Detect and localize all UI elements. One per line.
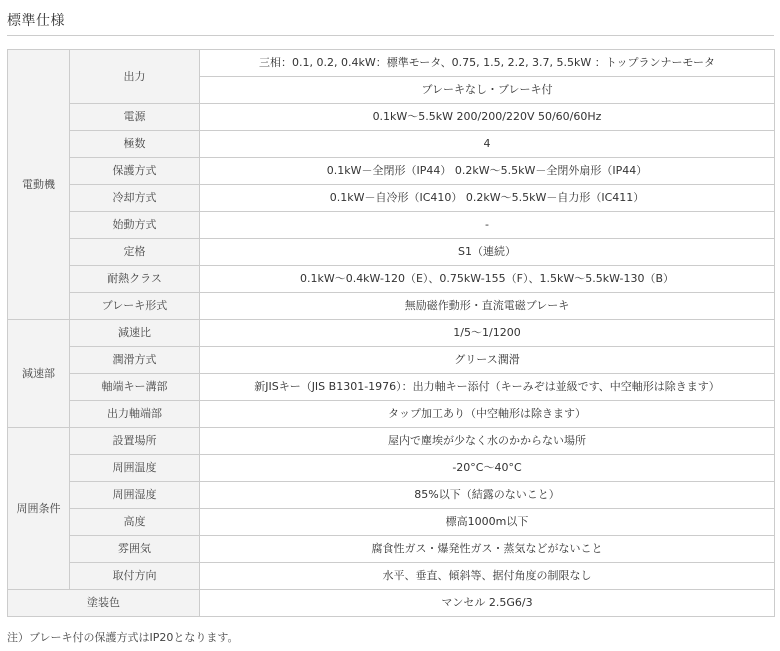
- row-label: 冷却方式: [70, 185, 200, 212]
- table-row: 潤滑方式 グリース潤滑: [8, 347, 775, 374]
- spec-table: 電動機 出力 三相：0.1, 0.2, 0.4kW：標準モータ、0.75, 1.…: [7, 49, 775, 617]
- row-value: 無励磁作動形・直流電磁ブレーキ: [200, 293, 775, 320]
- table-row: 軸端キー溝部 新JISキー（JIS B1301-1976）：出力軸キー添付（キー…: [8, 374, 775, 401]
- row-value-paint-color: マンセル 2.5G6/3: [200, 590, 775, 617]
- row-label: 設置場所: [70, 428, 200, 455]
- row-label: 電源: [70, 104, 200, 131]
- row-value: ブレーキなし・ブレーキ付: [200, 77, 775, 104]
- row-value: S1（連続）: [200, 239, 775, 266]
- group-label-motor: 電動機: [8, 50, 70, 320]
- table-row: 減速部 減速比 1/5～1/1200: [8, 320, 775, 347]
- table-row: 出力軸端部 タップ加工あり（中空軸形は除きます）: [8, 401, 775, 428]
- row-value: -20°C～40°C: [200, 455, 775, 482]
- row-label: 周囲温度: [70, 455, 200, 482]
- row-value: 4: [200, 131, 775, 158]
- row-label: 雰囲気: [70, 536, 200, 563]
- row-value: 0.1kW～0.4kW-120（E）、0.75kW-155（F）、1.5kW～5…: [200, 266, 775, 293]
- row-value: タップ加工あり（中空軸形は除きます）: [200, 401, 775, 428]
- row-label: 保護方式: [70, 158, 200, 185]
- row-label: 高度: [70, 509, 200, 536]
- row-value: 新JISキー（JIS B1301-1976）：出力軸キー添付（キーみぞは並級です…: [200, 374, 775, 401]
- row-label: 出力: [70, 50, 200, 104]
- row-label: 定格: [70, 239, 200, 266]
- table-row: 取付方向 水平、垂直、傾斜等、据付角度の制限なし: [8, 563, 775, 590]
- row-value: グリース潤滑: [200, 347, 775, 374]
- row-value: 屋内で塵埃が少なく水のかからない場所: [200, 428, 775, 455]
- row-label: 減速比: [70, 320, 200, 347]
- footnote: 注）ブレーキ付の保護方式はIP20となります。: [7, 629, 239, 645]
- table-row: ブレーキ形式 無励磁作動形・直流電磁ブレーキ: [8, 293, 775, 320]
- row-value: 標高1000m以下: [200, 509, 775, 536]
- row-value: -: [200, 212, 775, 239]
- table-row: 電源 0.1kW～5.5kW 200/200/220V 50/60/60Hz: [8, 104, 775, 131]
- row-value: 腐食性ガス・爆発性ガス・蒸気などがないこと: [200, 536, 775, 563]
- row-value: 水平、垂直、傾斜等、据付角度の制限なし: [200, 563, 775, 590]
- table-row: 保護方式 0.1kW－全閉形（IP44） 0.2kW～5.5kW－全閉外扇形（I…: [8, 158, 775, 185]
- table-row: 周囲条件 設置場所 屋内で塵埃が少なく水のかからない場所: [8, 428, 775, 455]
- row-value: 0.1kW～5.5kW 200/200/220V 50/60/60Hz: [200, 104, 775, 131]
- row-value: 三相：0.1, 0.2, 0.4kW：標準モータ、0.75, 1.5, 2.2,…: [200, 50, 775, 77]
- table-row: 電動機 出力 三相：0.1, 0.2, 0.4kW：標準モータ、0.75, 1.…: [8, 50, 775, 77]
- table-row: 塗装色 マンセル 2.5G6/3: [8, 590, 775, 617]
- row-value: 0.1kW－自冷形（IC410） 0.2kW～5.5kW－自力形（IC411）: [200, 185, 775, 212]
- group-label-environment: 周囲条件: [8, 428, 70, 590]
- row-label: 取付方向: [70, 563, 200, 590]
- table-row: 極数 4: [8, 131, 775, 158]
- group-label-reducer: 減速部: [8, 320, 70, 428]
- row-label: ブレーキ形式: [70, 293, 200, 320]
- table-row: 耐熱クラス 0.1kW～0.4kW-120（E）、0.75kW-155（F）、1…: [8, 266, 775, 293]
- row-label: 始動方式: [70, 212, 200, 239]
- title-divider: [7, 35, 774, 36]
- table-row: 定格 S1（連続）: [8, 239, 775, 266]
- row-label: 軸端キー溝部: [70, 374, 200, 401]
- table-row: 高度 標高1000m以下: [8, 509, 775, 536]
- row-label: 周囲湿度: [70, 482, 200, 509]
- row-value: 1/5～1/1200: [200, 320, 775, 347]
- page-title: 標準仕様: [7, 10, 65, 30]
- row-label: 潤滑方式: [70, 347, 200, 374]
- row-value: 85%以下（結露のないこと）: [200, 482, 775, 509]
- row-label: 耐熱クラス: [70, 266, 200, 293]
- table-row: 雰囲気 腐食性ガス・爆発性ガス・蒸気などがないこと: [8, 536, 775, 563]
- row-label-paint-color: 塗装色: [8, 590, 200, 617]
- table-row: 周囲温度 -20°C～40°C: [8, 455, 775, 482]
- row-value: 0.1kW－全閉形（IP44） 0.2kW～5.5kW－全閉外扇形（IP44）: [200, 158, 775, 185]
- table-row: 周囲湿度 85%以下（結露のないこと）: [8, 482, 775, 509]
- row-label: 出力軸端部: [70, 401, 200, 428]
- row-label: 極数: [70, 131, 200, 158]
- table-row: 始動方式 -: [8, 212, 775, 239]
- table-row: 冷却方式 0.1kW－自冷形（IC410） 0.2kW～5.5kW－自力形（IC…: [8, 185, 775, 212]
